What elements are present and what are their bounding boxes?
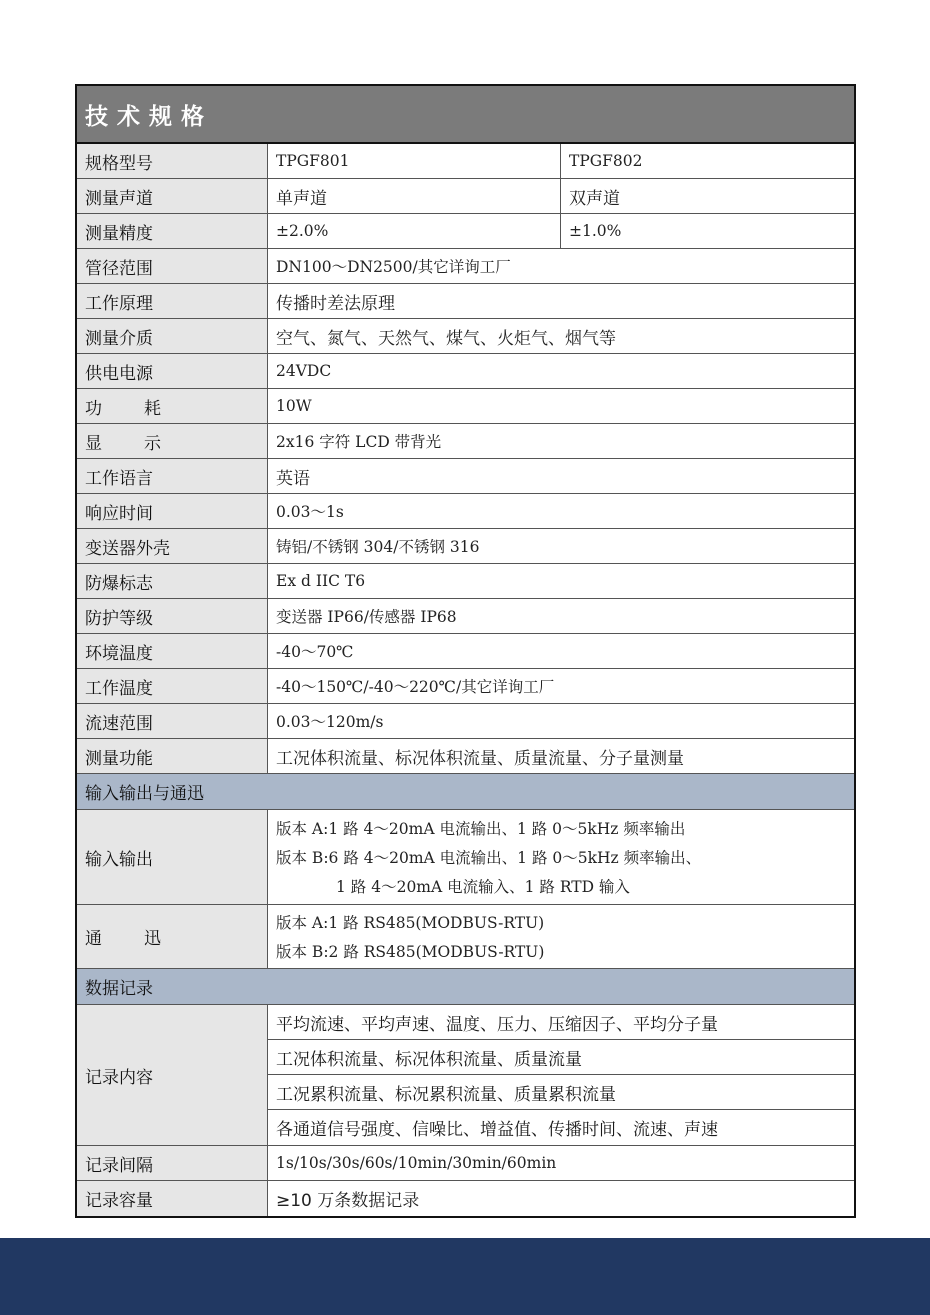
row-value: 英语 [268, 459, 854, 493]
row-value: ≥10 万条数据记录 [268, 1181, 854, 1216]
row-value: 工况体积流量、标况体积流量、质量流量、分子量测量 [268, 739, 854, 773]
comm-line: 版本 B:2 路 RS485(MODBUS-RTU) [276, 937, 544, 966]
table-row: 流速范围0.03～120m/s [77, 704, 854, 739]
row-label: 测量介质 [77, 319, 268, 353]
table-row-accuracy: 测量精度 ±2.0% ±1.0% [77, 214, 854, 249]
row-label: 防爆标志 [77, 564, 268, 598]
row-label: 供电电源 [77, 354, 268, 388]
row-value: DN100～DN2500/其它详询工厂 [268, 249, 854, 283]
table-row: 测量功能工况体积流量、标况体积流量、质量流量、分子量测量 [77, 739, 854, 774]
row-label: 工作温度 [77, 669, 268, 703]
table-row: 测量介质空气、氮气、天然气、煤气、火炬气、烟气等 [77, 319, 854, 354]
table-row: 工作原理传播时差法原理 [77, 284, 854, 319]
row-label: 管径范围 [77, 249, 268, 283]
table-row-log-interval: 记录间隔 1s/10s/30s/60s/10min/30min/60min [77, 1146, 854, 1181]
row-value: -40～150℃/-40～220℃/其它详询工厂 [268, 669, 854, 703]
table-row: 防护等级变送器 IP66/传感器 IP68 [77, 599, 854, 634]
table-row-comm: 通迅 版本 A:1 路 RS485(MODBUS-RTU) 版本 B:2 路 R… [77, 905, 854, 969]
row-value: 铸铝/不锈钢 304/不锈钢 316 [268, 529, 854, 563]
row-label: 功耗 [85, 394, 161, 419]
log-item: 各通道信号强度、信噪比、增益值、传播时间、流速、声速 [268, 1110, 854, 1145]
row-label: 防护等级 [77, 599, 268, 633]
log-item: 工况累积流量、标况累积流量、质量累积流量 [268, 1075, 854, 1110]
section-heading-log: 数据记录 [77, 969, 854, 1005]
table-row: 供电电源24VDC [77, 354, 854, 389]
log-item: 工况体积流量、标况体积流量、质量流量 [268, 1040, 854, 1075]
row-value: 传播时差法原理 [268, 284, 854, 318]
table-row: 显示2x16 字符 LCD 带背光 [77, 424, 854, 459]
page-title: 技术规格 [85, 98, 213, 131]
row-label: 输入输出 [77, 810, 268, 904]
section-heading-io: 输入输出与通迅 [77, 774, 854, 810]
row-label: 记录间隔 [77, 1146, 268, 1180]
table-row: 环境温度-40～70℃ [77, 634, 854, 669]
row-label: 响应时间 [77, 494, 268, 528]
row-value: Ex d IIC T6 [268, 564, 854, 598]
table-row: 工作语言英语 [77, 459, 854, 494]
table-row-model: 规格型号 TPGF801 TPGF802 [77, 144, 854, 179]
table-row-log-capacity: 记录容量 ≥10 万条数据记录 [77, 1181, 854, 1216]
row-value: 10W [268, 389, 854, 423]
row-label: 变送器外壳 [77, 529, 268, 563]
table-row: 响应时间0.03～1s [77, 494, 854, 529]
footer-band [0, 1238, 930, 1315]
row-value: 变送器 IP66/传感器 IP68 [268, 599, 854, 633]
row-value: 空气、氮气、天然气、煤气、火炬气、烟气等 [268, 319, 854, 353]
table-row: 防爆标志Ex d IIC T6 [77, 564, 854, 599]
table-row-io: 输入输出 版本 A:1 路 4～20mA 电流输出、1 路 0～5kHz 频率输… [77, 810, 854, 905]
row-value: 0.03～120m/s [268, 704, 854, 738]
table-row-log-content: 记录内容 平均流速、平均声速、温度、压力、压缩因子、平均分子量 工况体积流量、标… [77, 1005, 854, 1146]
row-value: 2x16 字符 LCD 带背光 [268, 424, 854, 458]
table-row: 功耗10W [77, 389, 854, 424]
table-row: 管径范围DN100～DN2500/其它详询工厂 [77, 249, 854, 284]
comm-line: 版本 A:1 路 RS485(MODBUS-RTU) [276, 908, 544, 937]
row-label: 显示 [85, 429, 161, 454]
log-item: 平均流速、平均声速、温度、压力、压缩因子、平均分子量 [268, 1005, 854, 1040]
row-label: 测量精度 [77, 214, 268, 248]
io-line: 1 路 4～20mA 电流输入、1 路 RTD 输入 [276, 872, 630, 901]
table-row: 变送器外壳铸铝/不锈钢 304/不锈钢 316 [77, 529, 854, 564]
row-value: 24VDC [268, 354, 854, 388]
accuracy-802: ±1.0% [561, 214, 621, 248]
row-label: 规格型号 [77, 144, 268, 178]
row-label: 工作原理 [77, 284, 268, 318]
row-label: 流速范围 [77, 704, 268, 738]
io-line: 版本 A:1 路 4～20mA 电流输出、1 路 0～5kHz 频率输出 [276, 814, 685, 843]
row-label: 工作语言 [77, 459, 268, 493]
model-801: TPGF801 [268, 144, 561, 178]
table-row: 工作温度-40～150℃/-40～220℃/其它详询工厂 [77, 669, 854, 704]
accuracy-801: ±2.0% [268, 214, 561, 248]
row-label: 环境温度 [77, 634, 268, 668]
spec-table: 技术规格 规格型号 TPGF801 TPGF802 测量声道 单声道 双声道 测… [75, 84, 856, 1218]
table-row-channel: 测量声道 单声道 双声道 [77, 179, 854, 214]
row-label: 记录内容 [77, 1005, 268, 1145]
title-bar: 技术规格 [77, 86, 854, 144]
model-802: TPGF802 [561, 144, 643, 178]
row-label: 记录容量 [77, 1181, 268, 1216]
row-label: 通迅 [85, 924, 161, 949]
io-line: 版本 B:6 路 4～20mA 电流输出、1 路 0～5kHz 频率输出、 [276, 843, 701, 872]
row-value: -40～70℃ [268, 634, 854, 668]
row-value: 1s/10s/30s/60s/10min/30min/60min [268, 1146, 854, 1180]
channel-801: 单声道 [268, 179, 561, 213]
row-label: 测量声道 [77, 179, 268, 213]
row-label: 测量功能 [77, 739, 268, 773]
channel-802: 双声道 [561, 179, 620, 213]
row-value: 0.03～1s [268, 494, 854, 528]
